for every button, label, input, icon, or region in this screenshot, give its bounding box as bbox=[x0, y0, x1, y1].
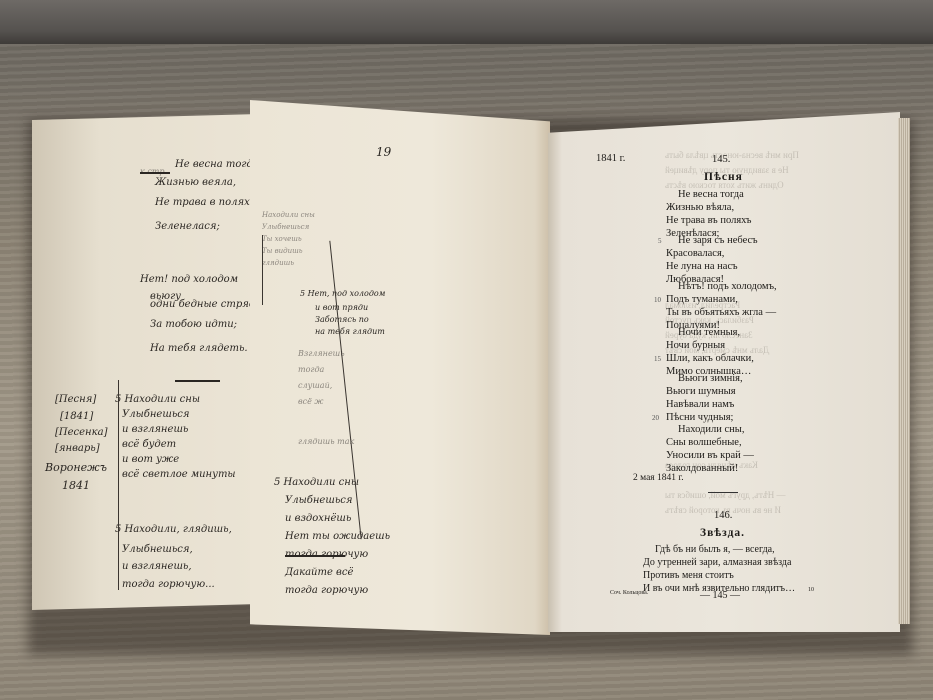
poem-line: Ночи бурныя bbox=[666, 340, 725, 351]
line-number: 5 bbox=[658, 237, 662, 245]
hand-line: 5 Нет, под холодом bbox=[300, 290, 385, 298]
hand-line: на тебя глядит bbox=[315, 328, 385, 336]
poem-line: Ночи темныя, bbox=[678, 327, 740, 338]
poem-line: Гдѣ бъ ни былъ я, — всегда, bbox=[655, 544, 775, 555]
hand-line: тогда горючую bbox=[285, 586, 368, 596]
poem-line: Нѣтъ! подъ холодомъ, bbox=[678, 281, 777, 292]
hand-line: тогда bbox=[298, 366, 324, 374]
poem-line: Красовалася, bbox=[666, 248, 724, 259]
poem-line: Вьюги зимнія, bbox=[678, 373, 743, 384]
poem-line: Не заря съ небесъ bbox=[678, 235, 758, 246]
hand-line: всё ж bbox=[298, 398, 324, 406]
poem-line: Противъ меня стоитъ bbox=[643, 570, 734, 581]
line-number: 10 bbox=[654, 296, 661, 304]
hand-line: глядишь так bbox=[298, 438, 354, 446]
divider bbox=[708, 492, 738, 493]
poem-line: Сны волшебные, bbox=[666, 437, 742, 448]
poem-line: Уносили въ край — bbox=[666, 450, 754, 461]
hand-line: Нет! под холодом bbox=[140, 275, 238, 285]
poem-line: Вьюги шумныя bbox=[666, 386, 736, 397]
margin-note: [1841] bbox=[60, 412, 93, 422]
hand-line: тогда горючую... bbox=[122, 580, 215, 590]
poem-line: Находили сны, bbox=[678, 424, 744, 435]
hand-line: всё будет bbox=[122, 440, 176, 450]
page-number: 19 bbox=[376, 146, 391, 158]
poem-title: Пѣсня bbox=[704, 171, 743, 183]
poem-line: Пѣсни чудныя; bbox=[666, 412, 733, 423]
manuscript-sheet-left bbox=[32, 114, 258, 610]
poem-number: 146. bbox=[714, 510, 732, 521]
hand-line: Взглянешь bbox=[298, 350, 345, 358]
hand-line: Улыбнешься bbox=[122, 410, 190, 420]
hand-line: За тобою идти; bbox=[150, 320, 237, 330]
footer-author: Соч. Кольцова. bbox=[610, 590, 648, 596]
hand-line: и взглянешь bbox=[122, 425, 188, 435]
hand-line: и вздохнёшь bbox=[285, 514, 351, 524]
poem-number: 145. bbox=[712, 154, 730, 165]
footer-page-number: — 145 — bbox=[700, 590, 740, 601]
poem-line: Навѣвали намъ bbox=[666, 399, 734, 410]
poem-line: Шли, какъ облачки, bbox=[666, 353, 754, 364]
poem-date: 2 мая 1841 г. bbox=[633, 473, 684, 483]
margin-note: [Песня] bbox=[55, 395, 96, 405]
hand-line: Зеленелася; bbox=[155, 222, 220, 232]
hand-line: Нет ты ожидаешь bbox=[285, 532, 390, 542]
poem-line: Подъ туманами, bbox=[666, 294, 738, 305]
margin-note: Воронежъ bbox=[45, 462, 107, 473]
hand-line: слушай, bbox=[298, 382, 332, 390]
hand-line: и взглянешь, bbox=[122, 562, 192, 572]
poem-line: Ты въ объятьяхъ жгла — bbox=[666, 307, 776, 318]
hand-line: Заботясь по bbox=[315, 316, 369, 324]
footer-signature: 10 bbox=[808, 587, 814, 593]
page-edges bbox=[898, 118, 910, 624]
poem-line: До утренней зари, алмазная звѣзда bbox=[643, 557, 791, 568]
hand-line: Ты хочешь bbox=[262, 236, 302, 243]
hand-line: Жизнью веяла, bbox=[155, 178, 236, 188]
hand-line: На тебя глядеть. bbox=[150, 344, 248, 354]
hand-line: 5 Находили сны bbox=[115, 395, 200, 405]
hand-line: Не весна тогда bbox=[175, 160, 259, 170]
hand-line: Дакайте всё bbox=[285, 568, 353, 578]
poem-line: Жизнью вѣяла, bbox=[666, 202, 734, 213]
hand-line: 5 Находили сны bbox=[274, 478, 359, 488]
hand-line: Ты видишь bbox=[262, 248, 303, 255]
poem-line: Не луна на насъ bbox=[666, 261, 738, 272]
poem-line: Не весна тогда bbox=[678, 189, 744, 200]
margin-note: 1841 bbox=[62, 480, 90, 491]
margin-note: [январь] bbox=[55, 444, 100, 454]
hand-line: и вот уже bbox=[122, 455, 179, 465]
hand-line: 5 Находили, глядишь, bbox=[115, 525, 232, 535]
line-number: 20 bbox=[652, 414, 659, 422]
hand-line: Улыбнешься bbox=[285, 496, 353, 506]
margin-note: [Песенка] bbox=[55, 428, 107, 438]
hand-line: глядишь bbox=[262, 260, 294, 267]
line-number: 15 bbox=[654, 355, 661, 363]
hand-line: Улыбнешься bbox=[262, 224, 309, 231]
header-year: 1841 г. bbox=[596, 153, 625, 164]
hand-line: Улыбнешься, bbox=[122, 545, 193, 555]
hand-line: всё светлое минуты bbox=[122, 470, 236, 480]
poem-title: Звѣзда. bbox=[700, 527, 745, 539]
background-wall bbox=[0, 0, 933, 44]
hand-line: Не трава в полях bbox=[155, 198, 250, 208]
hand-line: и вот пряди bbox=[315, 304, 368, 312]
hand-line: Находили сны bbox=[262, 212, 315, 219]
poem-line: Не трава въ поляхъ bbox=[666, 215, 751, 226]
